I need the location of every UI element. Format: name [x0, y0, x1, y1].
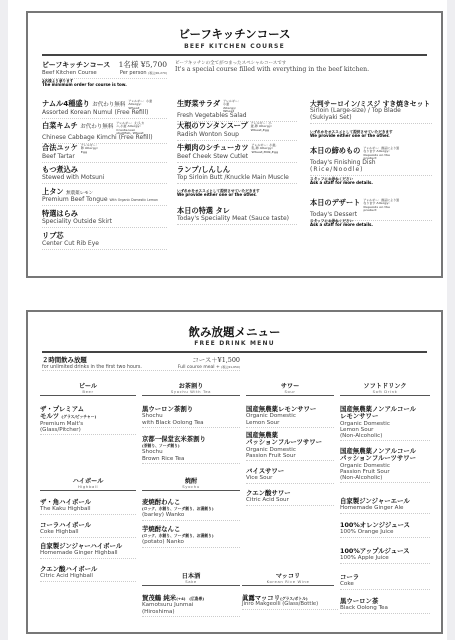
plan-price: コース＋¥1,500 [192, 355, 240, 364]
course-item: ランプ/しんしん Top Sirloin Butt /Knuckle Main … [177, 166, 297, 184]
beef-kitchen-course-card: ビーフキッチンコース BEEF KITCHEN COURSE ビーフキッチンコー… [26, 11, 443, 278]
drink-plan: ２時間飲み放題 コース＋¥1,500 for unlimited drinks … [42, 355, 240, 371]
drink-item: 国産無農薬ノンアルコール レモンサワー Organic Domestic Lem… [340, 406, 430, 441]
plan-name-jp: ２時間飲み放題 [42, 357, 87, 365]
section-soft-drink: ソフトドリンク Soft Drink [340, 383, 430, 396]
course-item: 大根のワンタンスープアレルギー：小麦,卵 Allergy: Wheat,Egg … [177, 122, 297, 141]
drink-item: 黒ウーロン茶割り Shochu with Black Oolong Tea [142, 406, 240, 428]
drink-item: クエン酸サワー Citric Acid Sour [246, 490, 334, 506]
course-item: 上タン 無農薬レモン Premium Beef Tongue With Orga… [42, 188, 167, 206]
course-item: 牛頬肉のシチューカツアレルギー：小麦,乳,卵 Allergy: Wheat,Mi… [177, 144, 297, 163]
drink-item: クエン酸ハイボール Citric Acid Highball [40, 566, 136, 582]
drink-item: 自家製ジンジャーハイボール Homemade Ginger Highball [40, 543, 136, 559]
drink-item: 自家製ジンジャーエール Homemade Ginger Ale [340, 498, 430, 514]
section-sour: サワー Sour [246, 383, 334, 396]
course-item-note: いずれかをオススメとして提供させていただきます We provide eithe… [310, 130, 393, 139]
section-highball: ハイボール Highball [40, 478, 136, 491]
drink-item: 賀茂鶴 純米(+4) (広島県) Kamotsuru Junmai (Hiros… [142, 595, 240, 617]
drinks-title-jp: 飲み放題メニュー [28, 324, 441, 340]
course-desc-en: It's a special course filled with everyt… [175, 66, 369, 73]
course-price: 1名様 ¥5,700 [119, 59, 167, 70]
drinks-title-en: FREE DRINK MENU [28, 340, 441, 347]
drink-item: 国産無農薬ノンアルコール パッションフルーツサワー Organic Domest… [340, 448, 430, 483]
drink-item: 黒ウーロン茶 Black Oolong Tea [340, 598, 430, 614]
course-item-note: スタッフにお尋ねください Ask a staff for more detail… [310, 219, 373, 228]
course-title-jp: ビーフキッチンコース [28, 26, 441, 42]
free-drink-menu-card: 飲み放題メニュー FREE DRINK MENU ２時間飲み放題 コース＋¥1,… [26, 310, 443, 634]
drink-item: コーラ Coke [340, 574, 430, 590]
drink-item: 京都一保堂玄米茶割り (茶割り、ソーダ割り) Shochu Brown Rice… [142, 436, 240, 464]
drink-item: バイスサワー Vice Sour [246, 468, 334, 484]
section-shochu: 焼酎 Syochu [142, 478, 240, 491]
drink-item: コーラハイボール Coke Highball [40, 522, 136, 538]
title-divider [42, 54, 427, 56]
course-item: 本日のデザートアレルギー：商品により異なります Allergy: Depends… [310, 199, 432, 221]
title-divider [42, 351, 427, 353]
drink-item: 国産無農薬レモンサワー Organic Domestic Lemon Sour [246, 406, 334, 428]
course-item-note: いずれかをオススメとして提供させていただきます We provide eithe… [177, 189, 260, 198]
drink-item: 100%アップルジュース 100% Apple Juice [340, 548, 430, 564]
course-item: 白菜キムチ お代わり無料アレルギー：えび,カニ,小麦 Allergy: Crus… [42, 122, 167, 144]
drink-item: ザ・プレミアム モルツ (グラス/ピッチャー) Premium Malt's (… [40, 406, 136, 435]
drink-item: ザ・角ハイボール The Kaku Highball [40, 499, 136, 515]
course-name-en: Beef Kitchen Course [42, 70, 97, 76]
course-item: もつ煮込み Stewed with Motsuni [42, 166, 167, 184]
drink-item: 眞露マッコリ(グラス/ボトル) Jinro Makgeolli (Glass/B… [242, 595, 338, 610]
tax-note: (税込¥6,270) [148, 71, 167, 75]
section-makgeolli: マッコリ Korean Rice Wine [242, 573, 334, 586]
course-description: ビーフキッチンの全てがつまったスペシャルコースです It's a special… [175, 60, 369, 73]
course-item: 本日の特選 タレ Today's Speciality Meat (Sauce … [177, 207, 297, 225]
min-order-note: 2名様より承ります The minimum order for course i… [42, 79, 127, 88]
course-title-en: BEEF KITCHEN COURSE [28, 43, 441, 50]
course-item: リブ芯 Center Cut Rib Eye [42, 232, 167, 250]
plan-tax-note: (税込¥1,650) [221, 365, 240, 369]
drink-item: 麦焼酎わんこ (ロック、水割り、ソーダ割り、お湯割り) (barley) Wan… [142, 499, 240, 521]
course-item-note: スタッフにお尋ねください Ask a staff for more detail… [310, 177, 373, 186]
per-person-label: Per person [120, 70, 147, 76]
course-header: ビーフキッチンコース 1名様 ¥5,700 Beef Kitchen Cours… [42, 59, 167, 79]
drink-item: 100%オレンジジュース 100% Orange Juice [340, 522, 430, 538]
course-item: 特選はらみ Speciality Outside Skirt [42, 210, 167, 228]
menu-page: ビーフキッチンコース BEEF KITCHEN COURSE ビーフキッチンコー… [8, 0, 447, 640]
plan-price-en: Full course meal + [178, 365, 220, 370]
course-item: 本日の締めものアレルギー：商品により異なります Allergy: Depends… [310, 147, 432, 176]
plan-name-en: for unlimited drinks in the first two ho… [42, 365, 142, 371]
min-order-en: The minimum order for course is tow. [42, 83, 127, 88]
drink-item: 芋焼酎なんこ (ロック、水割り、ソーダ割り、お湯割り) (potato) Nan… [142, 526, 240, 548]
drink-item: 国産無農薬 パッションフルーツサワー Organic Domestic Pass… [246, 432, 334, 461]
course-item: ナムル4種盛り お代わり無料アレルギー：小麦 Allergy: Wheat As… [42, 100, 167, 119]
section-tea: お茶割り Syochu With Tea [142, 383, 240, 396]
course-item: 合法ユッケアレルギー：卵 Allergy: Egg Beef Tartar [42, 144, 167, 163]
section-beer: ビール Beer [40, 383, 136, 396]
course-name-jp: ビーフキッチンコース [42, 61, 110, 69]
course-item: 生野菜サラダアレルギー：小麦 Allergy: Wheat Fresh Vege… [177, 100, 297, 122]
course-item: 大判サーロイン/ミスジ すき焼きセット Sirloin (Large-size)… [310, 100, 432, 124]
section-sake: 日本酒 Sake [142, 573, 240, 586]
